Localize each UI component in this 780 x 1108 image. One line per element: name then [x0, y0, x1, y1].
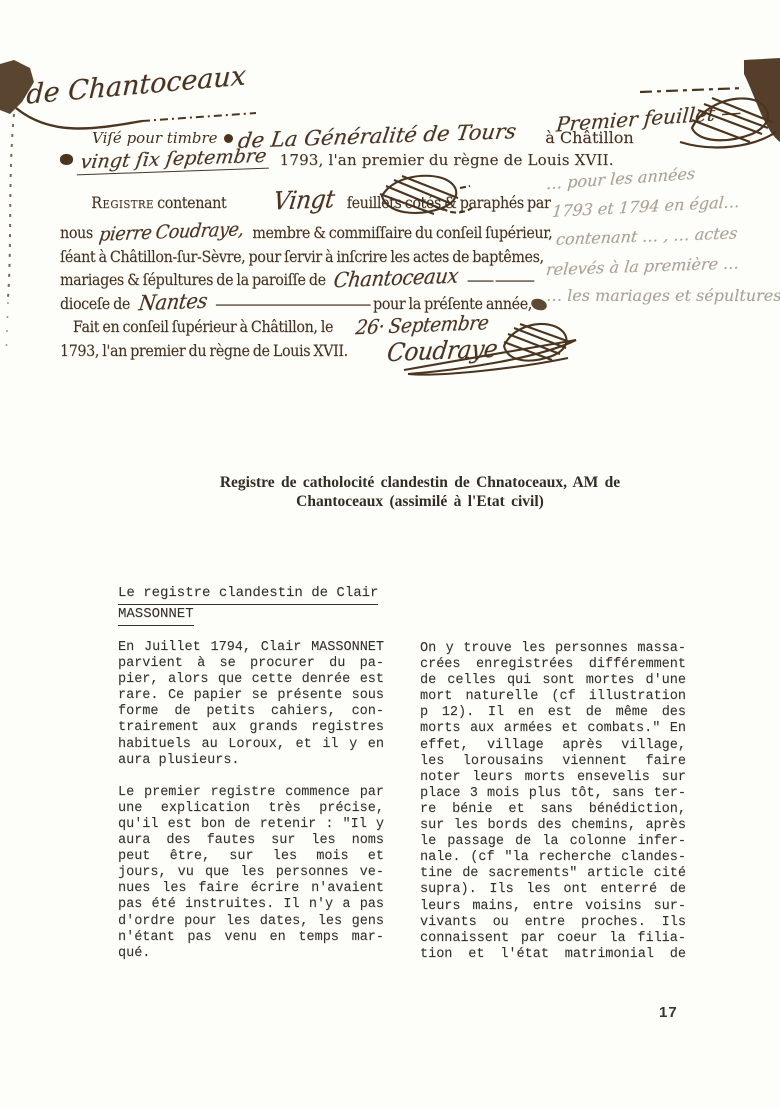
coudraye-handwriting: pierre Coudraye,: [99, 229, 244, 234]
right-column: On y trouve les personnes massa-crées en…: [420, 641, 686, 963]
margin-note-line: … les mariages et sépultures: [546, 286, 780, 305]
text-line: re bénie et sans bénédiction,: [420, 802, 686, 818]
vise-pour-timbre-text: Viſé pour timbre: [92, 129, 218, 147]
print-text: ſéant à Châtillon-ſur-Sèvre, pour ſervir…: [60, 248, 544, 266]
text-line: de celles qui sont mortes d'une: [420, 673, 686, 689]
ink-dot-mark: [224, 134, 233, 143]
document-title: Registre de catholocité clandestin de Ch…: [150, 473, 690, 511]
print-text: 1793, l'an premier du règne de Louis XVI…: [60, 342, 348, 360]
text-line: aura plusieurs.: [118, 753, 384, 769]
text-line: p 12). Il en est de même des: [420, 705, 686, 721]
register-line: Registre contenant Vingt feuillets cotés…: [60, 194, 557, 224]
margin-note-line: contenant … , … actes: [545, 222, 780, 249]
print-text: contenant: [157, 194, 226, 212]
registre-word: Registre: [91, 194, 154, 212]
text-line: connaissent par coeur la filia-: [420, 931, 686, 947]
dash-rule: ————————————: [215, 295, 370, 313]
text-line: nale. (cf "la recherche clandes-: [420, 850, 686, 866]
left-paragraph-1: En Juillet 1794, Clair MASSONNETparvient…: [118, 640, 384, 769]
print-text: feuillets cotés & paraphés par: [347, 194, 551, 212]
text-line: tine de sacrements" article cité: [420, 866, 686, 882]
heading-line-2: MASSONNET: [118, 605, 194, 626]
text-line: les lorousains viennent faire: [420, 754, 686, 770]
print-text: mariages & ſépultures de la paroiſſe de: [60, 271, 326, 289]
corner-annotation: de Chantoceaux: [26, 60, 247, 110]
text-line: vivants ou entre proches. Ils: [420, 915, 686, 931]
register-printed-block: Registre contenant Vingt feuillets cotés…: [60, 194, 557, 365]
text-line: forme de petits cahiers, con-: [118, 704, 384, 720]
premier-feuillet-annotation: Premier feuillet —: [555, 99, 742, 136]
text-line: nues les faire écrire n'avaient: [118, 881, 384, 897]
dash-rule: —— ———: [467, 271, 534, 289]
ink-blob-mark: [60, 154, 73, 165]
register-line: ſéant à Châtillon-ſur-Sèvre, pour ſervir…: [60, 248, 557, 272]
text-line: qué.: [118, 946, 384, 962]
print-text: pour la préſente année,: [373, 295, 532, 313]
stamp-line-2: vingt ſix ſeptembre1793, l'an premier du…: [60, 148, 614, 172]
text-line: crées enregistrées différemment: [420, 657, 686, 673]
print-text: dioceſe de: [60, 295, 130, 313]
vingt-handwriting: Vingt: [242, 199, 334, 202]
coudraye-signature: Coudraye: [388, 348, 498, 352]
text-line: On y trouve les personnes massa-: [420, 641, 686, 657]
text-line: mort naturelle (cf illustration: [420, 689, 686, 705]
print-text: membre & commiſſaire du conſeil ſupérieu…: [252, 224, 552, 242]
text-line: aura des fautes sur les noms: [118, 833, 384, 849]
text-line: rare. Ce papier se présente sous: [118, 688, 384, 704]
text-line: trairement aux grands registres: [118, 720, 384, 736]
text-line: effet, village après village,: [420, 738, 686, 754]
register-line: 1793, l'an premier du règne de Louis XVI…: [60, 342, 557, 366]
text-line: parvient à se procurer du pa-: [118, 656, 384, 672]
chantoceaux-handwriting: Chantoceaux: [334, 276, 458, 281]
text-line: pier, alors que cette denrée est: [118, 672, 384, 688]
text-line: habituels au Loroux, et il y en: [118, 737, 384, 753]
text-line: sur les bords des chemins, après: [420, 818, 686, 834]
text-line: d'ordre pour les dates, les gens: [118, 914, 384, 930]
date-septembre-handwriting: 26· Septembre: [343, 322, 489, 327]
text-line: pas été instruites. Il n'y a pas: [118, 897, 384, 913]
nantes-handwriting: Nantes: [139, 300, 207, 303]
register-line: mariages & ſépultures de la paroiſſe de …: [60, 271, 557, 295]
margin-note-line: relevés à la première …: [545, 252, 780, 279]
text-line: peut être, sur les mois et: [118, 849, 384, 865]
margin-note-line: 1793 et 1794 en égal…: [545, 190, 780, 221]
text-line: place 3 mois plus tôt, sans ter-: [420, 786, 686, 802]
margin-notes: … pour les années1793 et 1794 en égal…co…: [546, 166, 780, 316]
text-line: En Juillet 1794, Clair MASSONNET: [118, 640, 384, 656]
page-number: 17: [659, 1004, 678, 1021]
left-paragraph-2: Le premier registre commence parune expl…: [118, 785, 384, 962]
text-line: n'étant pas venu en temps mar-: [118, 930, 384, 946]
paragraph-gap: [118, 769, 384, 785]
text-line: Le premier registre commence par: [118, 785, 384, 801]
left-column: En Juillet 1794, Clair MASSONNETparvient…: [118, 640, 384, 962]
text-line: morts aux armées et combats." En: [420, 721, 686, 737]
text-line: qu'il est bon de retenir : "Il y: [118, 817, 384, 833]
text-line: leurs mains, entre voisins sur-: [420, 899, 686, 915]
date-handwriting: vingt ſix ſeptembre: [77, 145, 272, 176]
print-text: Fait en conſeil ſupérieur à Châtillon, l…: [73, 318, 333, 336]
text-line: le passage de la colonne infer-: [420, 834, 686, 850]
print-text: nous: [60, 224, 93, 242]
title-line-1: Registre de catholocité clandestin de Ch…: [150, 473, 690, 492]
text-line: supra). Ils les ont enterré de: [420, 882, 686, 898]
heading-line-1: Le registre clandestin de Clair: [118, 584, 378, 605]
text-line: une explication très précise,: [118, 801, 384, 817]
section-heading: Le registre clandestin de Clair MASSONNE…: [118, 584, 378, 626]
text-line: noter leurs morts ensevelis sur: [420, 770, 686, 786]
title-line-2: Chantoceaux (assimilé à l'Etat civil): [150, 492, 690, 511]
register-line: nous pierre Coudraye, membre & commiſſai…: [60, 224, 557, 248]
text-line: tion et l'état matrimonial de: [420, 947, 686, 963]
text-line: jours, vu que les personnes ve-: [118, 865, 384, 881]
scanned-document-page: de Chantoceaux Viſé pour timbrede La Gén…: [0, 0, 780, 1108]
stamp-line-1: Viſé pour timbrede La Généralité de Tour…: [92, 124, 634, 148]
